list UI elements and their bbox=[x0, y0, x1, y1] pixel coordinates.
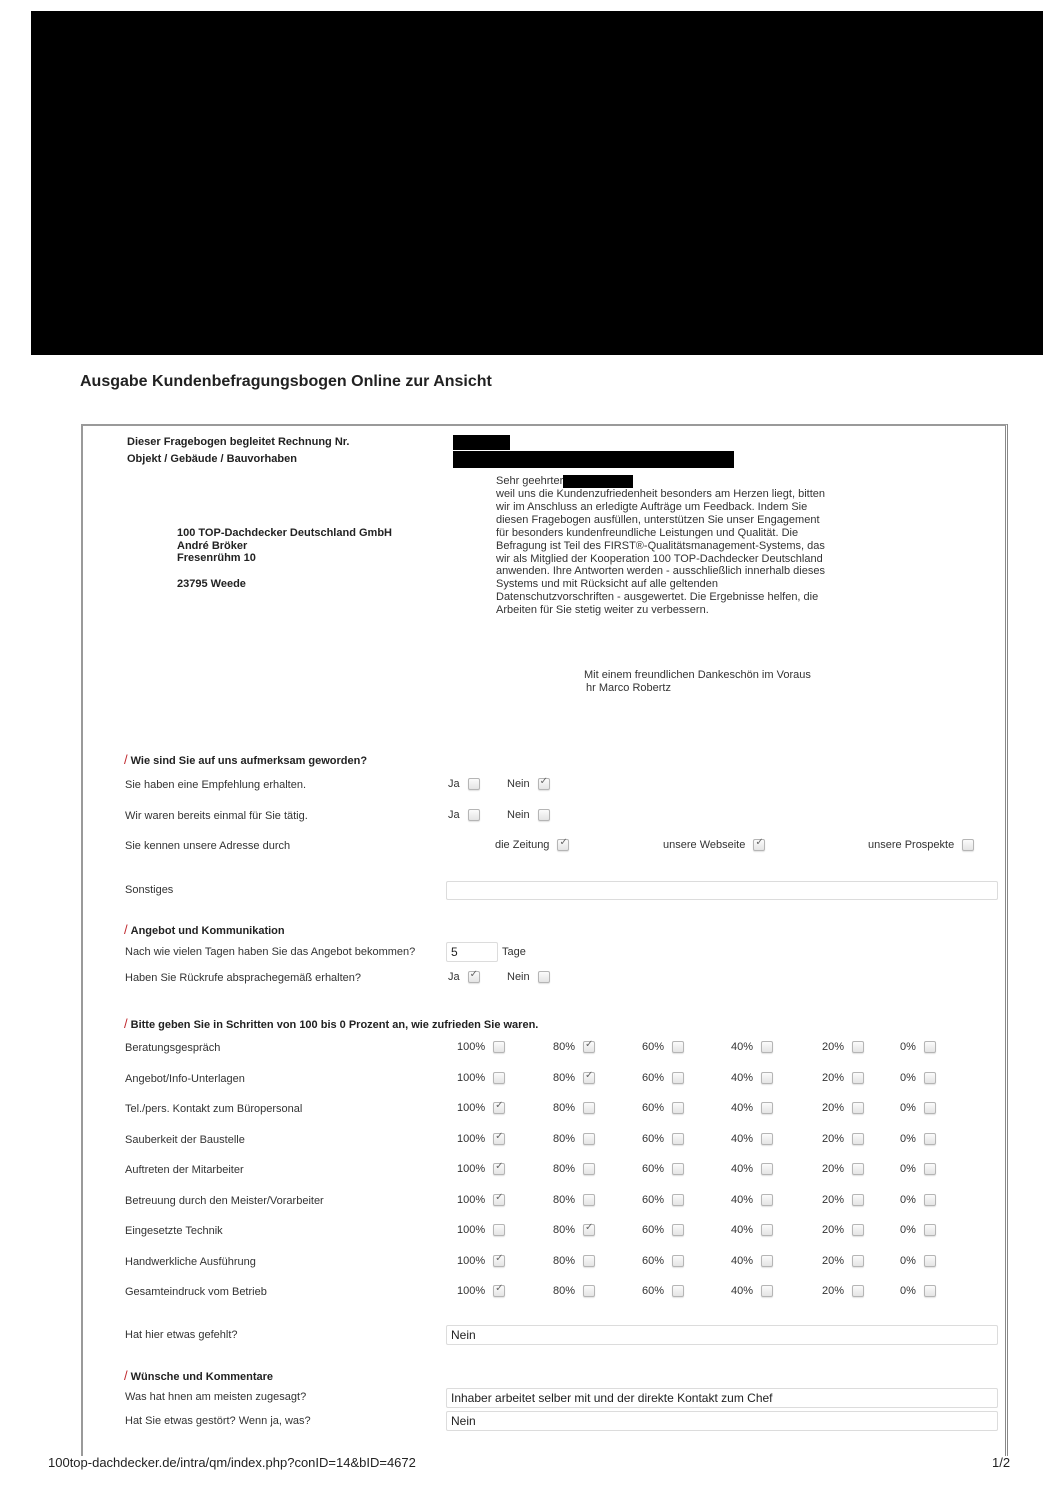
rating-row-label: Beratungsgespräch bbox=[125, 1042, 220, 1054]
checkbox[interactable] bbox=[493, 1133, 505, 1145]
rating-option[interactable]: 40% bbox=[731, 1041, 773, 1053]
rating-option[interactable]: 20% bbox=[822, 1255, 864, 1267]
callback-no[interactable]: Nein bbox=[507, 971, 550, 983]
rating-option[interactable]: 0% bbox=[900, 1163, 936, 1175]
address-city: 23795 Weede bbox=[177, 578, 392, 591]
other-label: Sonstiges bbox=[125, 884, 173, 896]
rating-option[interactable]: 20% bbox=[822, 1072, 864, 1084]
callback-label: Haben Sie Rückrufe absprachegemäß erhalt… bbox=[125, 972, 361, 984]
checkbox[interactable] bbox=[493, 1163, 505, 1175]
checkbox[interactable] bbox=[924, 1163, 936, 1175]
rating-option[interactable]: 100% bbox=[457, 1072, 505, 1084]
letter-closing: Mit einem freundlichen Dankeschön im Vor… bbox=[584, 669, 811, 681]
liked-field[interactable]: Inhaber arbeitet selber mit und der dire… bbox=[446, 1388, 998, 1408]
checkbox[interactable] bbox=[924, 1072, 936, 1084]
rating-option[interactable]: 0% bbox=[900, 1224, 936, 1236]
section-title-satisfaction: /Bitte geben Sie in Schritten von 100 bi… bbox=[124, 1016, 538, 1031]
checkbox[interactable] bbox=[753, 839, 765, 851]
rating-option[interactable]: 20% bbox=[822, 1133, 864, 1145]
rating-row-label: Sauberkeit der Baustelle bbox=[125, 1134, 245, 1146]
slash-icon: / bbox=[124, 1016, 128, 1031]
checkbox[interactable] bbox=[761, 1072, 773, 1084]
checkbox[interactable] bbox=[672, 1133, 684, 1145]
rating-option[interactable]: 80% bbox=[553, 1072, 595, 1084]
recommendation-yes[interactable]: Ja bbox=[448, 778, 480, 790]
rating-option[interactable]: 60% bbox=[642, 1163, 684, 1175]
checkbox[interactable] bbox=[583, 1194, 595, 1206]
liked-label: Was hat hnen am meisten zugesagt? bbox=[125, 1391, 306, 1403]
letter-signature: hr Marco Robertz bbox=[586, 682, 671, 694]
object-label: Objekt / Gebäude / Bauvorhaben bbox=[127, 453, 297, 465]
checkbox[interactable] bbox=[761, 1041, 773, 1053]
section-title-offer: /Angebot und Kommunikation bbox=[124, 922, 285, 937]
rating-option[interactable]: 100% bbox=[457, 1194, 505, 1206]
recipient-name-redacted bbox=[563, 475, 633, 488]
rating-row-label: Angebot/Info-Unterlagen bbox=[125, 1073, 245, 1085]
checkbox[interactable] bbox=[493, 1224, 505, 1236]
checkbox[interactable] bbox=[538, 809, 550, 821]
rating-option[interactable]: 60% bbox=[642, 1224, 684, 1236]
invoice-label: Dieser Fragebogen begleitet Rechnung Nr. bbox=[127, 436, 350, 448]
checkbox[interactable] bbox=[468, 809, 480, 821]
checkbox[interactable] bbox=[852, 1163, 864, 1175]
page-title: Ausgabe Kundenbefragungsbogen Online zur… bbox=[80, 373, 492, 391]
rating-option[interactable]: 100% bbox=[457, 1041, 505, 1053]
section-title-awareness: /Wie sind Sie auf uns aufmerksam geworde… bbox=[124, 752, 367, 767]
rating-option[interactable]: 20% bbox=[822, 1224, 864, 1236]
checkbox[interactable] bbox=[852, 1041, 864, 1053]
rating-option[interactable]: 20% bbox=[822, 1285, 864, 1297]
checkbox[interactable] bbox=[672, 1102, 684, 1114]
checkbox[interactable] bbox=[583, 1224, 595, 1236]
rating-option[interactable]: 80% bbox=[553, 1041, 595, 1053]
rating-option[interactable]: 80% bbox=[553, 1224, 595, 1236]
checkbox[interactable] bbox=[672, 1163, 684, 1175]
checkbox[interactable] bbox=[493, 1072, 505, 1084]
rating-option[interactable]: 60% bbox=[642, 1285, 684, 1297]
rating-option[interactable]: 60% bbox=[642, 1194, 684, 1206]
checkbox[interactable] bbox=[493, 1255, 505, 1267]
days-unit: Tage bbox=[502, 946, 526, 958]
rating-option[interactable]: 80% bbox=[553, 1255, 595, 1267]
rating-option[interactable]: 80% bbox=[553, 1133, 595, 1145]
checkbox[interactable] bbox=[583, 1255, 595, 1267]
rating-option[interactable]: 80% bbox=[553, 1102, 595, 1114]
rating-option[interactable]: 40% bbox=[731, 1224, 773, 1236]
checkbox[interactable] bbox=[852, 1072, 864, 1084]
letter-body: weil uns die Kundenzufriedenheit besonde… bbox=[496, 488, 826, 617]
checkbox[interactable] bbox=[672, 1041, 684, 1053]
redacted-header-block bbox=[31, 11, 1043, 355]
rating-option[interactable]: 40% bbox=[731, 1285, 773, 1297]
checkbox[interactable] bbox=[672, 1285, 684, 1297]
rating-option[interactable]: 40% bbox=[731, 1133, 773, 1145]
rating-option[interactable]: 40% bbox=[731, 1255, 773, 1267]
rating-option[interactable]: 60% bbox=[642, 1041, 684, 1053]
rating-option[interactable]: 40% bbox=[731, 1194, 773, 1206]
rating-option[interactable]: 20% bbox=[822, 1102, 864, 1114]
checkbox[interactable] bbox=[583, 1072, 595, 1084]
rating-option[interactable]: 60% bbox=[642, 1133, 684, 1145]
rating-option[interactable]: 40% bbox=[731, 1072, 773, 1084]
rating-option[interactable]: 20% bbox=[822, 1194, 864, 1206]
checkbox[interactable] bbox=[538, 778, 550, 790]
missing-field[interactable]: Nein bbox=[446, 1325, 998, 1345]
rating-row-label: Auftreten der Mitarbeiter bbox=[125, 1164, 244, 1176]
checkbox[interactable] bbox=[924, 1194, 936, 1206]
checkbox[interactable] bbox=[583, 1041, 595, 1053]
rating-option[interactable]: 0% bbox=[900, 1102, 936, 1114]
rating-option[interactable]: 40% bbox=[731, 1102, 773, 1114]
checkbox[interactable] bbox=[761, 1102, 773, 1114]
slash-icon: / bbox=[124, 1368, 128, 1383]
intro-letter: Sehr geehrter weil uns die Kundenzufried… bbox=[496, 475, 826, 617]
checkbox[interactable] bbox=[924, 1102, 936, 1114]
checkbox[interactable] bbox=[924, 1224, 936, 1236]
rating-option[interactable]: 100% bbox=[457, 1102, 505, 1114]
rating-row-label: Gesamteindruck vom Betrieb bbox=[125, 1286, 267, 1298]
question-address-source: Sie kennen unsere Adresse durch bbox=[125, 840, 290, 852]
checkbox[interactable] bbox=[493, 1194, 505, 1206]
checkbox[interactable] bbox=[924, 1133, 936, 1145]
rating-option[interactable]: 40% bbox=[731, 1163, 773, 1175]
checkbox[interactable] bbox=[761, 1285, 773, 1297]
rating-option[interactable]: 60% bbox=[642, 1255, 684, 1267]
checkbox[interactable] bbox=[583, 1285, 595, 1297]
checkbox[interactable] bbox=[672, 1255, 684, 1267]
rating-row-label: Tel./pers. Kontakt zum Büropersonal bbox=[125, 1103, 302, 1115]
checkbox[interactable] bbox=[852, 1285, 864, 1297]
rating-option[interactable]: 20% bbox=[822, 1163, 864, 1175]
rating-option[interactable]: 0% bbox=[900, 1285, 936, 1297]
rating-option[interactable]: 80% bbox=[553, 1285, 595, 1297]
rating-option[interactable]: 0% bbox=[900, 1194, 936, 1206]
rating-row-label: Betreuung durch den Meister/Vorarbeiter bbox=[125, 1195, 324, 1207]
address-person: André Bröker bbox=[177, 540, 392, 553]
rating-option[interactable]: 0% bbox=[900, 1133, 936, 1145]
checkbox[interactable] bbox=[852, 1194, 864, 1206]
rating-option[interactable]: 100% bbox=[457, 1255, 505, 1267]
rating-row-label: Handwerkliche Ausführung bbox=[125, 1256, 256, 1268]
checkbox[interactable] bbox=[852, 1224, 864, 1236]
rating-row-label: Eingesetzte Technik bbox=[125, 1225, 223, 1237]
checkbox[interactable] bbox=[761, 1133, 773, 1145]
disturbed-label: Hat Sie etwas gestört? Wenn ja, was? bbox=[125, 1415, 311, 1427]
checkbox[interactable] bbox=[493, 1102, 505, 1114]
rating-option[interactable]: 0% bbox=[900, 1072, 936, 1084]
section-title-comments: /Wünsche und Kommentare bbox=[124, 1368, 273, 1383]
rating-option[interactable]: 100% bbox=[457, 1285, 505, 1297]
object-redacted bbox=[453, 451, 734, 468]
missing-label: Hat hier etwas gefehlt? bbox=[125, 1329, 238, 1341]
address-company: 100 TOP-Dachdecker Deutschland GmbH bbox=[177, 527, 392, 540]
checkbox[interactable] bbox=[924, 1255, 936, 1267]
question-previous-work: Wir waren bereits einmal für Sie tätig. bbox=[125, 810, 308, 822]
checkbox[interactable] bbox=[924, 1041, 936, 1053]
rating-option[interactable]: 100% bbox=[457, 1133, 505, 1145]
page-number: 1/2 bbox=[992, 1455, 1010, 1470]
rating-option[interactable]: 60% bbox=[642, 1102, 684, 1114]
checkbox[interactable] bbox=[962, 839, 974, 851]
rating-option[interactable]: 60% bbox=[642, 1072, 684, 1084]
checkbox[interactable] bbox=[761, 1194, 773, 1206]
checkbox[interactable] bbox=[852, 1255, 864, 1267]
source-brochures[interactable]: unsere Prospekte bbox=[868, 839, 974, 851]
rating-option[interactable]: 100% bbox=[457, 1224, 505, 1236]
invoice-number-redacted bbox=[453, 435, 510, 450]
source-website[interactable]: unsere Webseite bbox=[663, 839, 765, 851]
checkbox[interactable] bbox=[852, 1102, 864, 1114]
source-newspaper[interactable]: die Zeitung bbox=[495, 839, 569, 851]
slash-icon: / bbox=[124, 752, 128, 767]
days-field[interactable]: 5 bbox=[446, 942, 498, 962]
callback-yes[interactable]: Ja bbox=[448, 971, 480, 983]
checkbox[interactable] bbox=[761, 1255, 773, 1267]
rating-option[interactable]: 0% bbox=[900, 1041, 936, 1053]
checkbox[interactable] bbox=[852, 1133, 864, 1145]
other-field[interactable] bbox=[446, 881, 998, 900]
checkbox[interactable] bbox=[672, 1072, 684, 1084]
recommendation-no[interactable]: Nein bbox=[507, 778, 550, 790]
address-street: Fresenrühm 10 bbox=[177, 552, 392, 565]
rating-option[interactable]: 100% bbox=[457, 1163, 505, 1175]
rating-option[interactable]: 20% bbox=[822, 1041, 864, 1053]
checkbox[interactable] bbox=[672, 1224, 684, 1236]
checkbox[interactable] bbox=[493, 1041, 505, 1053]
checkbox[interactable] bbox=[672, 1194, 684, 1206]
checkbox[interactable] bbox=[538, 971, 550, 983]
checkbox[interactable] bbox=[761, 1224, 773, 1236]
checkbox[interactable] bbox=[583, 1102, 595, 1114]
previous-work-yes[interactable]: Ja bbox=[448, 809, 480, 821]
rating-option[interactable]: 0% bbox=[900, 1255, 936, 1267]
letter-salutation: Sehr geehrter bbox=[496, 475, 563, 487]
checkbox[interactable] bbox=[583, 1133, 595, 1145]
checkbox[interactable] bbox=[583, 1163, 595, 1175]
question-recommendation: Sie haben eine Empfehlung erhalten. bbox=[125, 779, 306, 791]
checkbox[interactable] bbox=[468, 778, 480, 790]
days-label: Nach wie vielen Tagen haben Sie das Ange… bbox=[125, 946, 415, 958]
previous-work-no[interactable]: Nein bbox=[507, 809, 550, 821]
checkbox[interactable] bbox=[557, 839, 569, 851]
rating-option[interactable]: 80% bbox=[553, 1194, 595, 1206]
checkbox[interactable] bbox=[924, 1285, 936, 1297]
address-block: 100 TOP-Dachdecker Deutschland GmbH Andr… bbox=[177, 527, 392, 590]
checkbox[interactable] bbox=[468, 971, 480, 983]
checkbox[interactable] bbox=[761, 1163, 773, 1175]
rating-option[interactable]: 80% bbox=[553, 1163, 595, 1175]
footer-url: 100top-dachdecker.de/intra/qm/index.php?… bbox=[48, 1455, 416, 1470]
slash-icon: / bbox=[124, 922, 128, 937]
disturbed-field[interactable]: Nein bbox=[446, 1411, 998, 1431]
checkbox[interactable] bbox=[493, 1285, 505, 1297]
